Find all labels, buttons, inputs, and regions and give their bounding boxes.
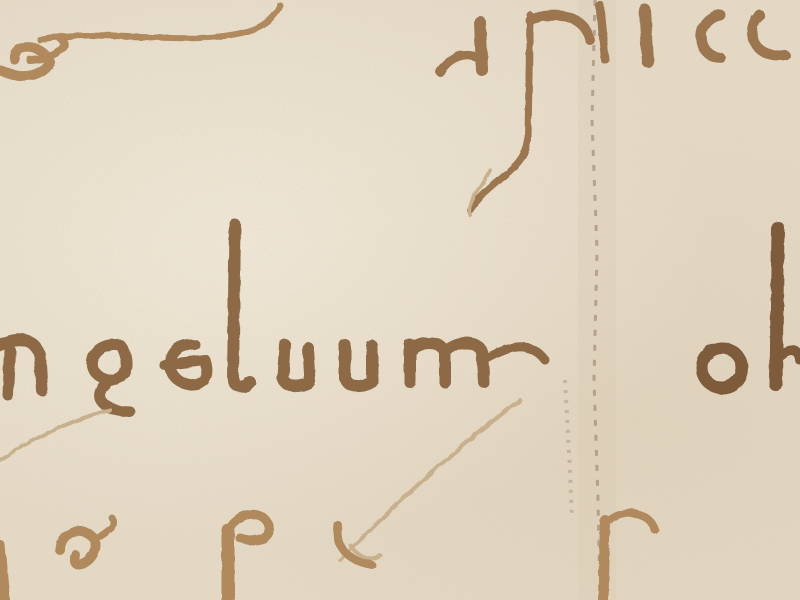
manuscript-illustration bbox=[0, 0, 800, 600]
paper-grain bbox=[0, 0, 800, 600]
